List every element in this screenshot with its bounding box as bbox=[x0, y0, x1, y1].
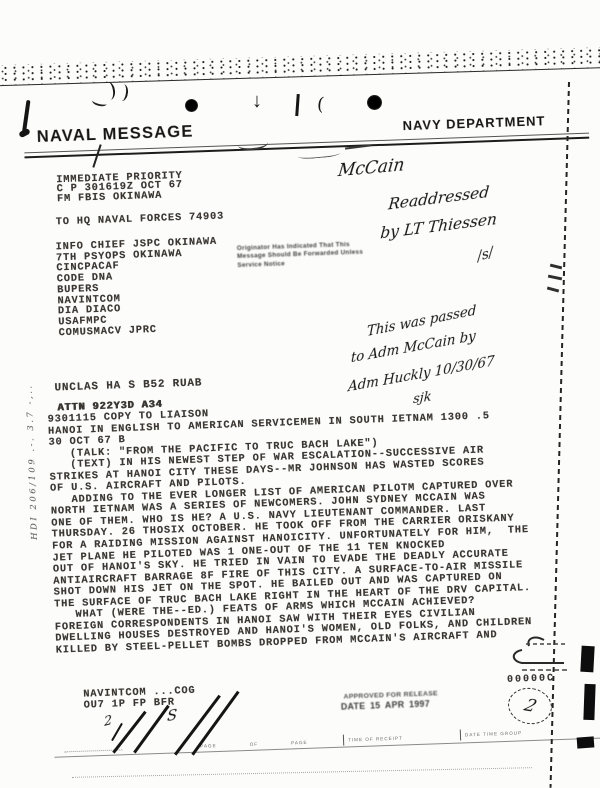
footer-tick bbox=[343, 735, 345, 746]
handwritten-letter: S bbox=[167, 705, 178, 725]
footer-label-time-of-receipt: TIME OF RECEIPT bbox=[348, 736, 403, 743]
originator-block: NAVINTCOM ...COGOU7 1P FP BFR bbox=[83, 686, 196, 712]
text-line: FM FBIS OKINAWA bbox=[57, 190, 184, 204]
footer-label-page: PAGE OF PAGE bbox=[200, 740, 308, 749]
handwritten-numeral: 2 bbox=[104, 713, 113, 730]
text-line: OU7 1P FP BFR bbox=[84, 697, 197, 712]
footer-tick bbox=[460, 730, 462, 741]
message-body: 9301115 COPY TO LIAISONHANOI IN ENGLISH … bbox=[48, 398, 533, 657]
page-number: 2 bbox=[521, 696, 539, 717]
scan-edge-blob bbox=[577, 736, 595, 748]
to-line: TO HQ NAVAL FORCES 74903 bbox=[56, 210, 225, 228]
precedence-block: IMMEDIATE PRIORITYC P 301619Z OCT 67FM F… bbox=[56, 172, 183, 204]
scan-edge-blob bbox=[580, 646, 594, 673]
classification-line: UNCLAS HA S B52 RUAB bbox=[54, 377, 202, 394]
release-stamp-line2: DATE 15 APR 1997 bbox=[341, 699, 430, 712]
footer-label-date-time-group: DATE TIME GROUP bbox=[465, 730, 522, 737]
down-arrow-mark: ↓ bbox=[252, 90, 262, 113]
form-title: NAVAL MESSAGE bbox=[37, 122, 194, 146]
bracket-doodle bbox=[488, 632, 574, 683]
info-address-block: INFO CHIEF JSPC OKINAWA7TH PSYOPS OKINAW… bbox=[56, 237, 221, 339]
scanned-naval-message-document: NAVAL MESSAGE NAVY DEPARTMENT IMMEDIATE … bbox=[0, 0, 600, 788]
department-title: NAVY DEPARTMENT bbox=[402, 113, 545, 133]
handwritten-note-initials: sjk bbox=[413, 389, 432, 407]
scan-edge-blob bbox=[583, 684, 595, 720]
forwarding-stamp: Originator Has Indicated That ThisMessag… bbox=[237, 239, 408, 270]
